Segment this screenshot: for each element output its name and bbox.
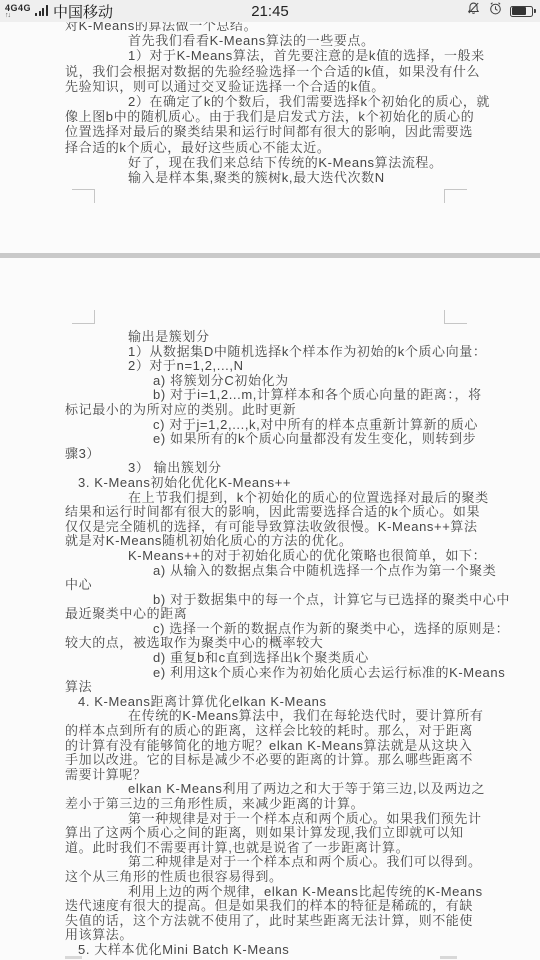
- battery-fill: [512, 7, 527, 15]
- page1-bottom-right-crop-mark: [444, 189, 467, 203]
- text-line: 算法: [65, 680, 510, 695]
- text-line: 像上图b中的随机质心。由于我们是启发式方法，k个初始化的质心的: [65, 109, 490, 124]
- text-line: b) 对于数据集中的每一个点，计算它与已选择的聚类中心中: [65, 593, 510, 608]
- text-line: 利用上边的两个规律，elkan K-Means比起传统的K-Means: [65, 885, 510, 900]
- page2-bottom-right-crop-mark: [440, 956, 457, 959]
- text-line: 迭代速度有很大的提高。但是如果我们的样本的特征是稀疏的，有缺: [65, 899, 510, 914]
- network-activity-arrows: ↑↓: [5, 12, 10, 19]
- text-line: 第一种规律是对于一个样本点和两个质心。如果我们预先计: [65, 812, 510, 827]
- text-line: 道。此时我们不需要再计算,也就是说省了一步距离计算。: [65, 841, 510, 856]
- text-line: 输出是簇划分: [65, 330, 510, 345]
- text-line: 算出了这两个质心之间的距离，则如果计算发现,我们立即就可以知: [65, 826, 510, 841]
- status-bar: 4G4G ↑↓ 中国移动 21:45: [0, 0, 540, 22]
- text-line: 较大的点，被选取作为聚类中心的概率较大: [65, 636, 510, 651]
- text-line: a) 从输入的数据点集合中随机选择一个点作为第一个聚类: [65, 564, 510, 579]
- page2-top-left-crop-mark: [72, 310, 95, 324]
- text-line: 位置选择对最后的聚类结果和运行时间都有很大的影响，因此需要选: [65, 124, 490, 139]
- text-line: 首先我们看看K-Means算法的一些要点。: [65, 33, 490, 48]
- text-line: 手加以改进。它的目标是减少不必要的距离的计算。那么哪些距离不: [65, 753, 510, 768]
- text-line: 1）对于K-Means算法，首先要注意的是k值的选择，一般来: [65, 48, 490, 63]
- text-line: K-Means++的对于初始化质心的优化策略也很简单，如下：: [65, 549, 510, 564]
- text-line: e) 如果所有的k个质心向量都没有发生变化，则转到步: [65, 432, 510, 447]
- text-line: 的样本点到所有的质心的距离，这样会比较的耗时。那么，对于距离: [65, 724, 510, 739]
- text-line: 4. K-Means距离计算优化elkan K-Means: [65, 695, 510, 710]
- text-line: 好了，现在我们来总结下传统的K-Means算法流程。: [65, 155, 490, 170]
- text-line: 这个从三角形的性质也很容易得到。: [65, 870, 510, 885]
- text-line: 最近聚类中心的距离: [65, 607, 510, 622]
- text-line: 中心: [65, 578, 510, 593]
- text-line: 2）在确定了k的个数后，我们需要选择k个初始化的质心，就: [65, 94, 490, 109]
- text-line: d) 重复b和c直到选择出k个聚类质心: [65, 651, 510, 666]
- mute-icon: [466, 1, 481, 21]
- signal-icon: [35, 5, 49, 16]
- text-line: a) 将簇划分C初始化为: [65, 374, 510, 389]
- text-line: 第二种规律是对于一个样本点和两个质心。我们可以得到。: [65, 855, 510, 870]
- text-line: 就是对K-Means随机初始化质心的方法的优化。: [65, 534, 510, 549]
- page2-bottom-left-crop-mark: [65, 956, 82, 959]
- text-line: 3. K-Means初始化优化K-Means++: [65, 476, 510, 491]
- status-right-group: [466, 1, 540, 21]
- text-line: 的计算有没有能够简化的地方呢？elkan K-Means算法就是从这块入: [65, 739, 510, 754]
- text-line: 差小于第三边的三角形性质，来减少距离的计算。: [65, 797, 510, 812]
- document-viewer[interactable]: 对K-Means的算法做一个总结。首先我们看看K-Means算法的一些要点。1）…: [0, 0, 540, 960]
- text-line: b) 对于i=1,2...m,计算样本和各个质心向量的距离：，将: [65, 388, 510, 403]
- text-line: 骤3）: [65, 447, 510, 462]
- text-line: elkan K-Means利用了两边之和大于等于第三边,以及两边之: [65, 782, 510, 797]
- battery-icon: [510, 6, 533, 17]
- text-line: 标记最小的为所对应的类别。此时更新: [65, 403, 510, 418]
- text-line: 需要计算呢？: [65, 768, 510, 783]
- text-line: 在传统的K-Means算法中，我们在每轮迭代时，要计算所有: [65, 709, 510, 724]
- text-line: 用该算法。: [65, 928, 510, 943]
- text-line: 失值的话，这个方法就不使用了，此时某些距离无法计算，则不能使: [65, 914, 510, 929]
- alarm-icon: [488, 1, 503, 21]
- text-line: 择合适的k个质心，最好这些质心不能太近。: [65, 140, 490, 155]
- text-line: 1）从数据集D中随机选择k个样本作为初始的k个质心向量：: [65, 345, 510, 360]
- text-line: 先验知识，则可以通过交叉验证选择一个合适的k值。: [65, 79, 490, 94]
- text-line: 说，我们会根据对数据的先验经验选择一个合适的k值，如果没有什么: [65, 64, 490, 79]
- text-line: 输入是样本集,聚类的簇树k,最大迭代次数N: [65, 170, 490, 185]
- page-break-divider: [0, 253, 540, 258]
- text-line: 在上节我们提到，k个初始化的质心的位置选择对最后的聚类: [65, 491, 510, 506]
- text-line: e) 利用这k个质心来作为初始化质心去运行标准的K-Means: [65, 666, 510, 681]
- page-1-text: 对K-Means的算法做一个总结。首先我们看看K-Means算法的一些要点。1）…: [65, 18, 490, 185]
- text-line: 结果和运行时间都有很大的影响，因此需要选择合适的k个质心。如果: [65, 505, 510, 520]
- page1-bottom-left-crop-mark: [72, 189, 95, 203]
- page-2-text: 输出是簇划分1）从数据集D中随机选择k个样本作为初始的k个质心向量：2）对于n=…: [65, 330, 510, 958]
- text-line: 3） 输出簇划分: [65, 461, 510, 476]
- status-left-group: 4G4G ↑↓ 中国移动: [0, 1, 113, 22]
- page2-top-right-crop-mark: [444, 310, 467, 324]
- text-line: 仅仅是完全随机的选择，有可能导致算法收敛很慢。K-Means++算法: [65, 520, 510, 535]
- network-indicator: 4G4G ↑↓: [5, 4, 31, 19]
- text-line: c) 对于j=1,2,...,k,对中所有的样本点重新计算新的质心: [65, 418, 510, 433]
- text-line: c) 选择一个新的数据点作为新的聚类中心，选择的原则是：: [65, 622, 510, 637]
- text-line: 2）对于n=1,2,...,N: [65, 359, 510, 374]
- carrier-label: 中国移动: [53, 1, 113, 22]
